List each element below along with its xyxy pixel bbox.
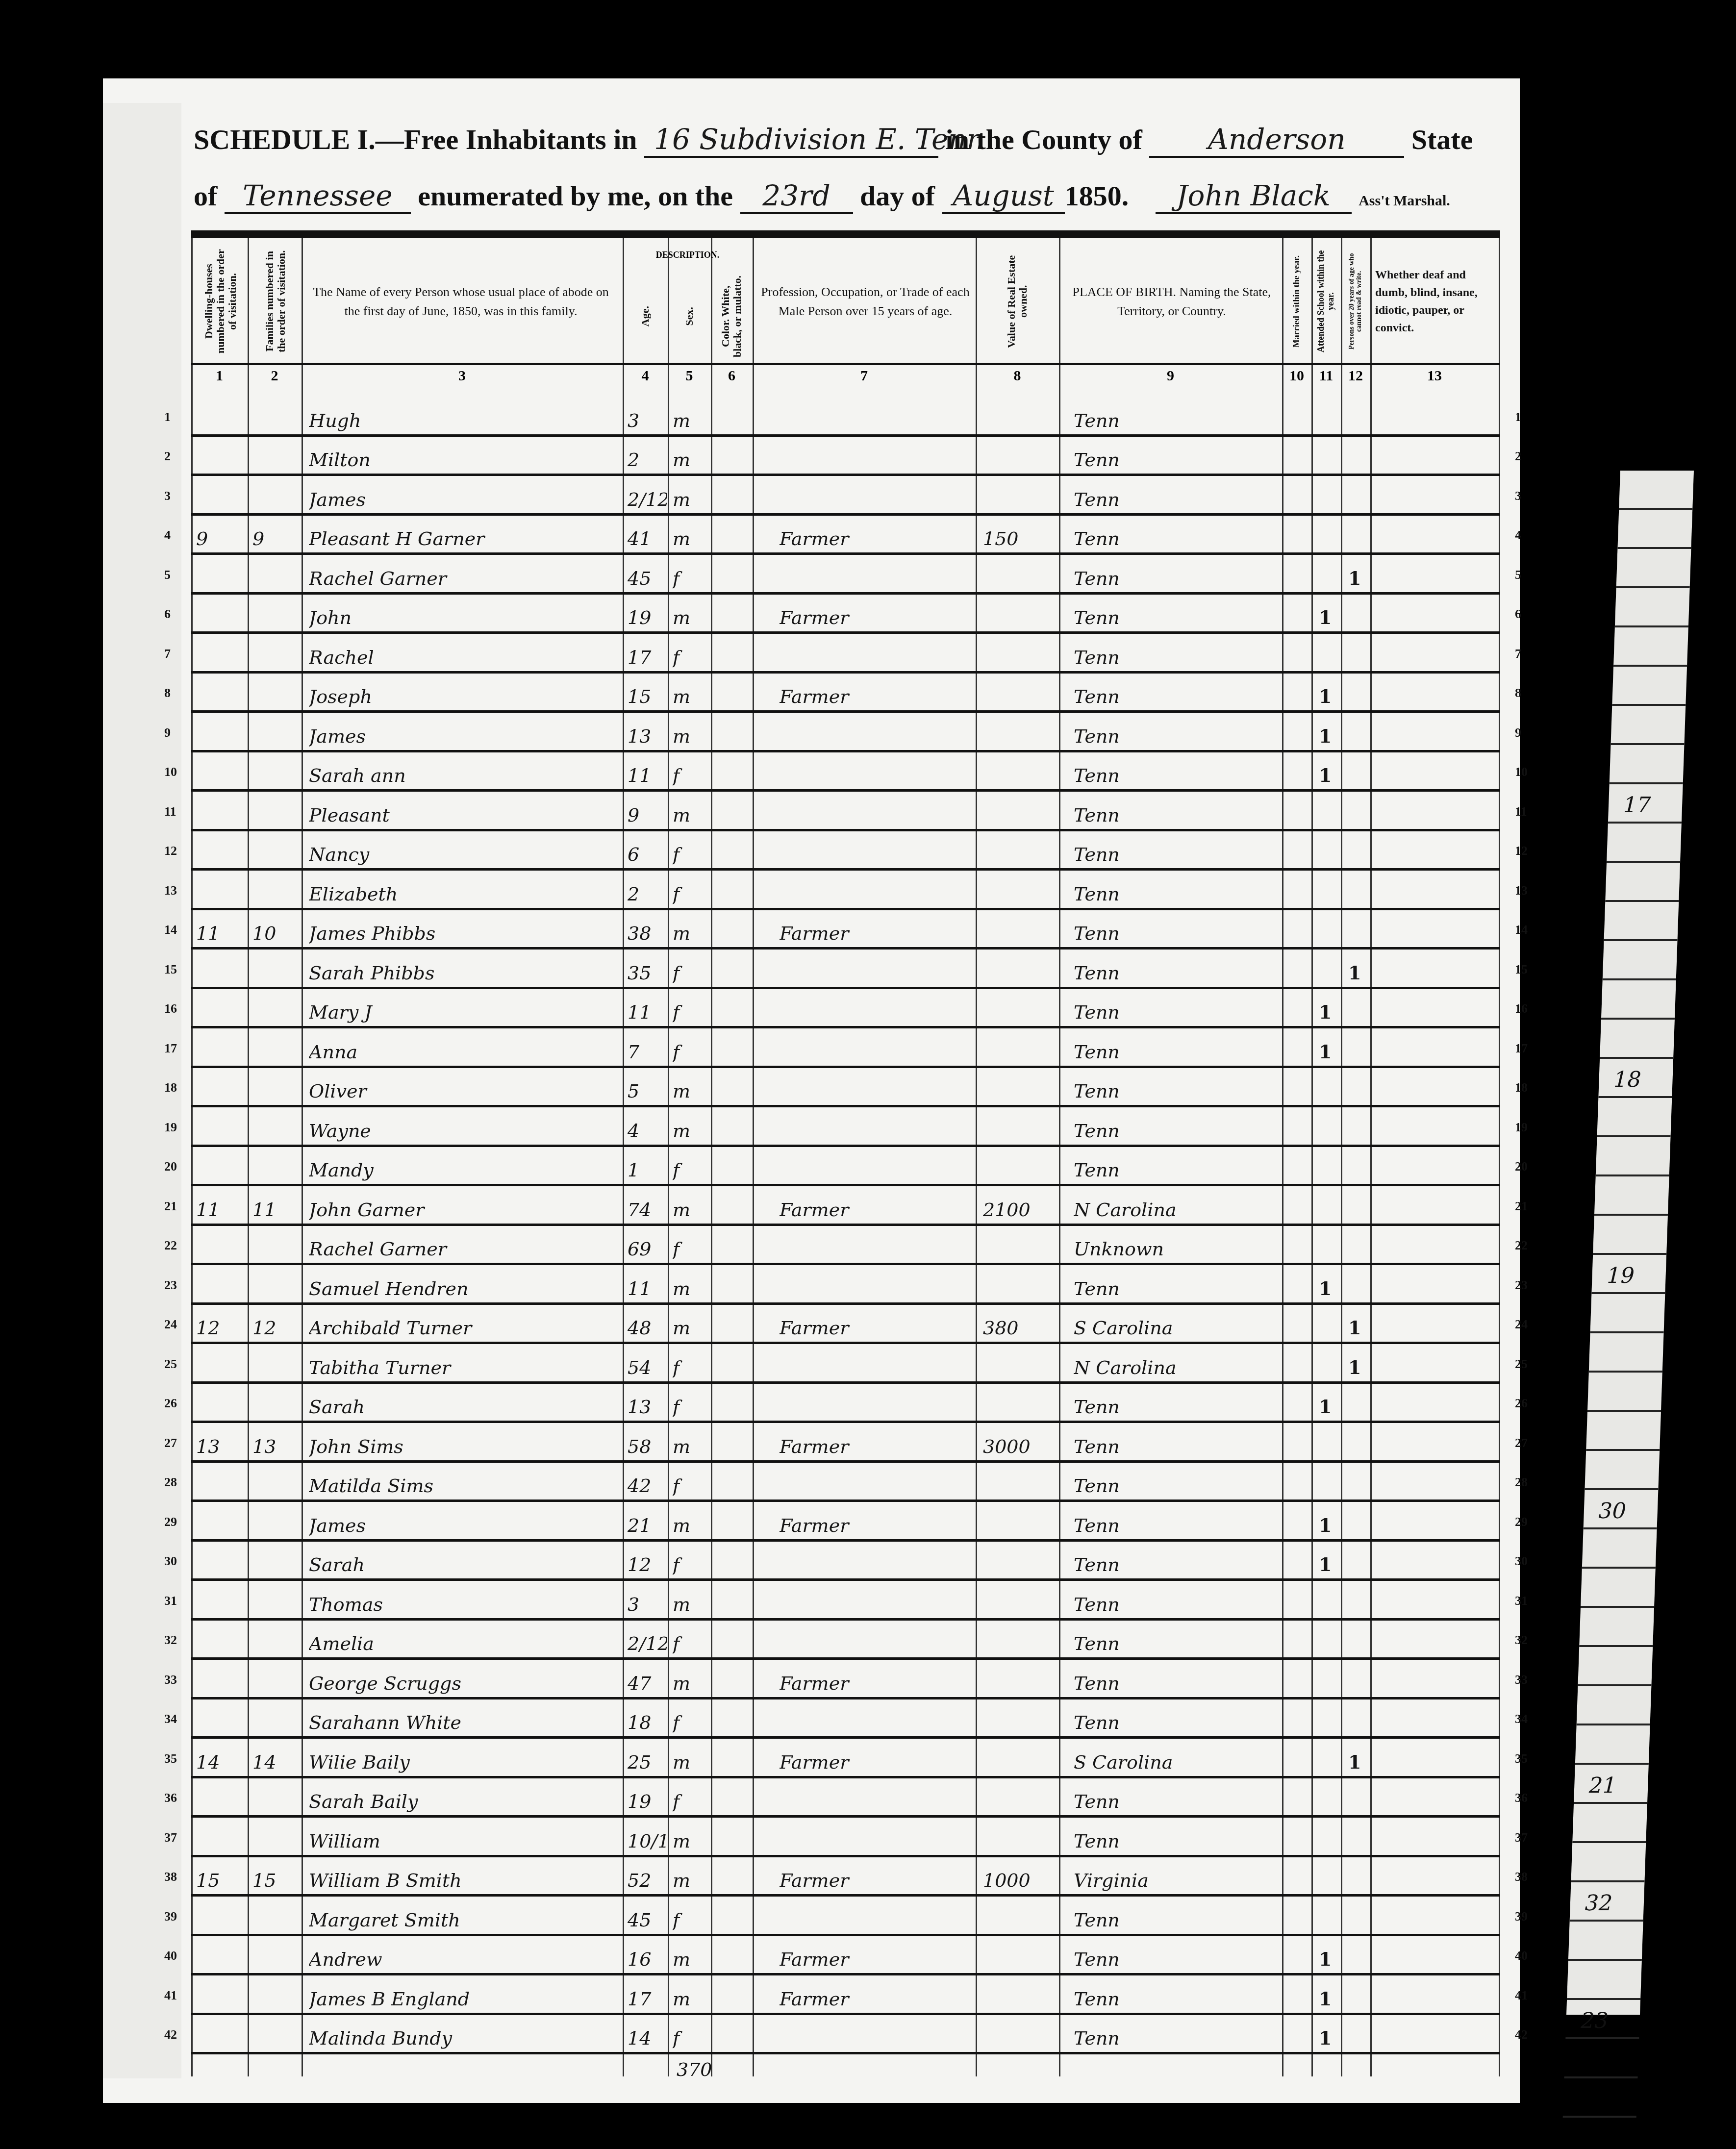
birthplace: Tenn (1074, 725, 1280, 747)
birthplace: N Carolina (1074, 1199, 1280, 1221)
age: 42 (628, 1475, 667, 1497)
line-number: 15 (164, 962, 177, 977)
occupation: Farmer (780, 1949, 971, 1970)
sex: f (673, 1712, 709, 1733)
sex: m (673, 449, 709, 471)
sex: f (673, 647, 709, 668)
dwelling-number: 11 (196, 923, 245, 944)
table-top-rule (191, 230, 1500, 238)
table-row: 77Rachel17fTenn (191, 634, 1500, 674)
day-field: 23rd (740, 179, 853, 214)
age: 4 (628, 1120, 667, 1142)
school-mark: 1 (1319, 764, 1338, 786)
age: 9 (628, 804, 667, 826)
adjacent-row (1577, 1686, 1652, 1725)
sex: f (673, 1909, 709, 1931)
schedule-header-line-2: of Tennessee enumerated by me, on the 23… (194, 179, 1450, 214)
line-number: 13 (164, 883, 177, 898)
line-number-right: 14 (1515, 923, 1528, 937)
adjacent-row (1590, 1294, 1665, 1333)
age: 74 (628, 1199, 667, 1221)
illiterate-mark: 1 (1348, 567, 1368, 589)
table-row: 3434Sarahann White18fTenn (191, 1699, 1500, 1739)
adjacent-row (1612, 667, 1687, 706)
adjacent-tally: 23 (1581, 2008, 1609, 2033)
adjacent-row (1619, 471, 1694, 510)
sex: f (673, 568, 709, 589)
age: 10/12 (628, 1830, 667, 1852)
birthplace: Tenn (1074, 410, 1280, 431)
table-row: 1616Mary J11fTenn1 (191, 989, 1500, 1029)
line-number-right: 36 (1515, 1791, 1528, 1805)
person-name: William B Smith (309, 1870, 618, 1891)
family-number: 13 (252, 1436, 299, 1457)
line-number-right: 5 (1515, 568, 1521, 582)
table-row: 2626Sarah13fTenn1 (191, 1384, 1500, 1424)
person-name: Thomas (309, 1594, 618, 1615)
person-name: Rachel (309, 647, 618, 668)
age: 15 (628, 686, 667, 707)
occupation: Farmer (780, 923, 971, 944)
line-number: 24 (164, 1317, 177, 1332)
person-name: George Scruggs (309, 1673, 618, 1694)
age: 48 (628, 1317, 667, 1339)
table-row: 33James2/12mTenn (191, 476, 1500, 516)
line-number: 14 (164, 923, 177, 937)
adjacent-row (1567, 1961, 1642, 2000)
adjacent-row (1616, 549, 1691, 588)
line-number: 32 (164, 1633, 177, 1648)
family-number: 15 (252, 1870, 299, 1891)
birthplace: Tenn (1074, 804, 1280, 826)
sex: f (673, 2027, 709, 2049)
day-of-label: day of (860, 180, 935, 212)
line-number-right: 1 (1515, 410, 1521, 425)
occupation: Farmer (780, 528, 971, 550)
table-row: 1818Oliver5mTenn (191, 1068, 1500, 1108)
birthplace: Tenn (1074, 1515, 1280, 1536)
birthplace: Tenn (1074, 1633, 1280, 1654)
person-name: Elizabeth (309, 883, 618, 905)
line-number: 41 (164, 1988, 177, 2003)
dwelling-number: 13 (196, 1436, 245, 1457)
year-label: 1850. (1065, 180, 1129, 212)
birthplace: Unknown (1074, 1238, 1280, 1260)
line-number: 37 (164, 1830, 177, 1845)
sex: m (673, 725, 709, 747)
line-number-right: 9 (1515, 725, 1521, 740)
schedule-title: SCHEDULE I.—Free Inhabitants in (194, 124, 637, 155)
person-name: Mary J (309, 1001, 618, 1023)
birthplace: Tenn (1074, 528, 1280, 550)
line-number-right: 35 (1515, 1751, 1528, 1766)
line-number: 7 (164, 647, 171, 661)
adjacent-row (1613, 627, 1688, 667)
age: 18 (628, 1712, 667, 1733)
birthplace: Tenn (1074, 1594, 1280, 1615)
age: 45 (628, 568, 667, 589)
age: 19 (628, 607, 667, 628)
table-row: 21211111John Garner74mFarmer2100N Caroli… (191, 1186, 1500, 1226)
birthplace: Virginia (1074, 1870, 1280, 1891)
school-mark: 1 (1319, 1514, 1338, 1536)
adjacent-row: 23 (1565, 2000, 1640, 2039)
adjacent-row (1589, 1333, 1664, 1373)
adjacent-row (1586, 1412, 1661, 1451)
family-number: 12 (252, 1317, 299, 1339)
age: 2 (628, 449, 667, 471)
family-number: 10 (252, 923, 299, 944)
header-family: Families numbered in the order of visita… (250, 245, 302, 358)
adjacent-row (1587, 1373, 1662, 1412)
age: 38 (628, 923, 667, 944)
birthplace: Tenn (1074, 1909, 1280, 1931)
person-name: Joseph (309, 686, 618, 707)
birthplace: Tenn (1074, 1712, 1280, 1733)
table-row: 3131Thomas3mTenn (191, 1581, 1500, 1621)
header-description: DESCRIPTION. (623, 250, 753, 260)
table-row: 2222Rachel Garner69fUnknown (191, 1226, 1500, 1266)
sex: f (673, 1159, 709, 1181)
person-name: Samuel Hendren (309, 1278, 618, 1299)
age: 11 (628, 765, 667, 786)
person-name: Malinda Bundy (309, 2027, 618, 2049)
adjacent-row (1610, 706, 1686, 745)
person-name: Anna (309, 1041, 618, 1063)
line-number-right: 41 (1515, 1988, 1528, 2003)
person-name: Archibald Turner (309, 1317, 618, 1339)
sex: f (673, 1396, 709, 1418)
line-number: 35 (164, 1751, 177, 1766)
family-number: 9 (252, 528, 299, 550)
table-row: 1111Pleasant9mTenn (191, 792, 1500, 831)
school-mark: 1 (1319, 725, 1338, 747)
table-row: 3737William10/12mTenn (191, 1818, 1500, 1857)
sex: m (673, 923, 709, 944)
sex: m (673, 607, 709, 628)
census-rows: 11Hugh3mTenn22Milton2mTenn33James2/12mTe… (191, 397, 1500, 2054)
person-name: Matilda Sims (309, 1475, 618, 1497)
line-number: 20 (164, 1159, 177, 1174)
person-name: William (309, 1830, 618, 1852)
line-number-right: 6 (1515, 607, 1521, 622)
birthplace: Tenn (1074, 489, 1280, 510)
sex: f (673, 962, 709, 984)
adjacent-row (1578, 1647, 1653, 1686)
line-number-right: 38 (1515, 1870, 1528, 1884)
person-name: Sarah (309, 1554, 618, 1575)
footer-mark: 370 (677, 2059, 712, 2080)
age: 5 (628, 1080, 667, 1102)
header-illiterate: Persons over 20 years of age who cannot … (1341, 245, 1370, 358)
line-number-right: 10 (1515, 765, 1528, 779)
line-number: 22 (164, 1238, 177, 1253)
illiterate-mark: 1 (1348, 1356, 1368, 1378)
line-number-right: 3 (1515, 489, 1521, 503)
adjacent-tally: 32 (1585, 1891, 1613, 1916)
line-number-right: 30 (1515, 1554, 1528, 1569)
sex: f (673, 1633, 709, 1654)
adjacent-row (1610, 745, 1685, 784)
age: 47 (628, 1673, 667, 1694)
adjacent-row (1572, 1804, 1647, 1843)
birthplace: Tenn (1074, 962, 1280, 984)
school-mark: 1 (1319, 685, 1338, 707)
line-number-right: 19 (1515, 1120, 1528, 1135)
line-number: 6 (164, 607, 171, 622)
school-mark: 1 (1319, 1277, 1338, 1299)
adjacent-row (1603, 941, 1678, 980)
enumerated-label: enumerated by me, on the (418, 180, 733, 212)
adjacent-row (1607, 824, 1682, 863)
table-row: 4141James B England17mFarmerTenn1 (191, 1975, 1500, 2015)
line-number-right: 37 (1515, 1830, 1528, 1845)
birthplace: Tenn (1074, 1278, 1280, 1299)
table-row: 22Milton2mTenn (191, 437, 1500, 476)
line-number-right: 11 (1515, 804, 1527, 819)
school-mark: 1 (1319, 1948, 1338, 1970)
adjacent-tally: 18 (1613, 1067, 1642, 1092)
person-name: Rachel Garner (309, 1238, 618, 1260)
adjacent-row (1581, 1569, 1656, 1608)
adjacent-row (1594, 1176, 1669, 1216)
line-number: 4 (164, 528, 171, 543)
schedule-header-line-1: SCHEDULE I.—Free Inhabitants in 16 Subdi… (194, 123, 1473, 158)
adjacent-row (1568, 1922, 1643, 1961)
sex: m (673, 1870, 709, 1891)
adjacent-row (1585, 1451, 1660, 1490)
line-number: 25 (164, 1357, 177, 1372)
sex: f (673, 1554, 709, 1575)
line-number-right: 15 (1515, 962, 1528, 977)
sex: m (673, 410, 709, 431)
table-row: 38381515William B Smith52mFarmer1000Virg… (191, 1857, 1500, 1897)
age: 14 (628, 2027, 667, 2049)
person-name: James Phibbs (309, 923, 618, 944)
adjacent-row (1617, 510, 1692, 549)
line-number: 40 (164, 1949, 177, 1963)
dwelling-number: 15 (196, 1870, 245, 1891)
birthplace: Tenn (1074, 647, 1280, 668)
line-number-right: 28 (1515, 1475, 1528, 1490)
dwelling-number: 9 (196, 528, 245, 550)
adjacent-row: 17 (1608, 784, 1683, 824)
sex: m (673, 1988, 709, 2010)
sex: f (673, 1001, 709, 1023)
adjacent-row (1563, 2078, 1638, 2118)
birthplace: Tenn (1074, 449, 1280, 471)
table-row: 4242Malinda Bundy14fTenn1 (191, 2015, 1500, 2055)
person-name: John Sims (309, 1436, 618, 1457)
birthplace: Tenn (1074, 1988, 1280, 2010)
header-sex: Sex. (668, 275, 711, 358)
sex: f (673, 1238, 709, 1260)
sex: m (673, 686, 709, 707)
table-row: 2525Tabitha Turner54fN Carolina1 (191, 1344, 1500, 1384)
illiterate-mark: 1 (1348, 962, 1368, 984)
line-number-right: 26 (1515, 1396, 1528, 1411)
sex: m (673, 489, 709, 510)
line-number-right: 2 (1515, 449, 1521, 464)
person-name: James (309, 1515, 618, 1536)
marshal-label: Ass't Marshal. (1359, 193, 1450, 209)
birthplace: Tenn (1074, 923, 1280, 944)
header-color: Color. White, black, or mulatto. (711, 275, 753, 358)
school-mark: 1 (1319, 2027, 1338, 2049)
age: 52 (628, 1870, 667, 1891)
person-name: Oliver (309, 1080, 618, 1102)
person-name: Tabitha Turner (309, 1357, 618, 1378)
table-row: 3636Sarah Baily19fTenn (191, 1778, 1500, 1818)
sex: m (673, 1080, 709, 1102)
sex: f (673, 883, 709, 905)
header-bottom-rule (191, 363, 1500, 365)
birthplace: Tenn (1074, 2027, 1280, 2049)
of-label: of (194, 180, 217, 212)
occupation: Farmer (780, 1751, 971, 1773)
table-row: 2828Matilda Sims42fTenn (191, 1463, 1500, 1502)
adjacent-tally: 17 (1623, 793, 1651, 818)
person-name: Mandy (309, 1159, 618, 1181)
line-number: 19 (164, 1120, 177, 1135)
table-row: 3939Margaret Smith45fTenn (191, 1897, 1500, 1936)
birthplace: S Carolina (1074, 1317, 1280, 1339)
age: 13 (628, 1396, 667, 1418)
table-row: 1010Sarah ann11fTenn1 (191, 752, 1500, 792)
sex: f (673, 1041, 709, 1063)
illiterate-mark: 1 (1348, 1317, 1368, 1339)
table-row: 1919Wayne4mTenn (191, 1107, 1500, 1147)
person-name: John Garner (309, 1199, 618, 1221)
adjacent-row (1593, 1216, 1668, 1255)
dwelling-number: 11 (196, 1199, 245, 1221)
birthplace: Tenn (1074, 883, 1280, 905)
adjacent-tally: 21 (1588, 1773, 1617, 1798)
line-number-right: 8 (1515, 686, 1521, 700)
table-row: 4499Pleasant H Garner41mFarmer150Tenn (191, 516, 1500, 555)
person-name: Amelia (309, 1633, 618, 1654)
age: 35 (628, 962, 667, 984)
occupation: Farmer (780, 1436, 971, 1457)
birthplace: Tenn (1074, 607, 1280, 628)
adjacent-row (1575, 1725, 1650, 1765)
marshal-name-field: John Black (1156, 179, 1352, 214)
birthplace: Tenn (1074, 1436, 1280, 1457)
line-number-right: 13 (1515, 883, 1528, 898)
sex: m (673, 1673, 709, 1694)
table-row: 24241212Archibald Turner48mFarmer380S Ca… (191, 1305, 1500, 1345)
birthplace: Tenn (1074, 1554, 1280, 1575)
age: 2/12 (628, 489, 667, 510)
age: 69 (628, 1238, 667, 1260)
state-label: State (1411, 124, 1473, 155)
birthplace: Tenn (1074, 1001, 1280, 1023)
adjacent-row (1597, 1098, 1672, 1137)
column-numbers: 1 2 3 4 5 6 7 8 9 10 11 12 13 (191, 368, 1500, 392)
age: 3 (628, 410, 667, 431)
occupation: Farmer (780, 1199, 971, 1221)
birthplace: Tenn (1074, 568, 1280, 589)
age: 19 (628, 1791, 667, 1812)
header-birthplace: PLACE OF BIRTH. Naming the State, Territ… (1069, 245, 1275, 358)
month-field: August (942, 179, 1065, 214)
adjacent-row: 19 (1591, 1255, 1666, 1294)
adjacent-row (1582, 1529, 1657, 1569)
sex: f (673, 1475, 709, 1497)
table-row: 4040Andrew16mFarmerTenn1 (191, 1936, 1500, 1976)
birthplace: Tenn (1074, 1159, 1280, 1181)
table-row: 55Rachel Garner45fTenn1 (191, 555, 1500, 595)
sex: m (673, 1436, 709, 1457)
person-name: Sarah Phibbs (309, 962, 618, 984)
school-mark: 1 (1319, 1396, 1338, 1418)
header-occupation: Profession, Occupation, or Trade of each… (760, 245, 971, 358)
sex: f (673, 1357, 709, 1378)
adjacent-row (1579, 1608, 1654, 1647)
line-number-right: 16 (1515, 1001, 1528, 1016)
line-number: 17 (164, 1041, 177, 1056)
person-name: John (309, 607, 618, 628)
line-number-right: 18 (1515, 1080, 1528, 1095)
table-row: 14141110James Phibbs38mFarmerTenn (191, 910, 1500, 950)
age: 45 (628, 1909, 667, 1931)
line-number-right: 21 (1515, 1199, 1528, 1214)
occupation: Farmer (780, 686, 971, 707)
line-number: 38 (164, 1870, 177, 1884)
adjacent-row (1571, 1843, 1646, 1882)
line-number: 27 (164, 1436, 177, 1450)
header-school: Attended School within the year. (1311, 245, 1341, 358)
adjacent-row: 30 (1584, 1490, 1659, 1529)
line-number-right: 7 (1515, 647, 1521, 661)
sex: m (673, 1830, 709, 1852)
school-mark: 1 (1319, 1001, 1338, 1023)
table-row: 99James13mTenn1 (191, 713, 1500, 752)
table-row: 1717Anna7fTenn1 (191, 1028, 1500, 1068)
header-condition: Whether deaf and dumb, blind, insane, id… (1375, 245, 1495, 358)
occupation: Farmer (780, 1988, 971, 2010)
table-row: 3232Amelia2/12fTenn (191, 1621, 1500, 1660)
line-number: 16 (164, 1001, 177, 1016)
adjacent-row (1596, 1137, 1671, 1176)
person-name: Hugh (309, 410, 618, 431)
person-name: Wilie Baily (309, 1751, 618, 1773)
real-estate-value: 2100 (983, 1199, 1057, 1221)
sex: m (673, 1515, 709, 1536)
line-number-right: 29 (1515, 1515, 1528, 1529)
real-estate-value: 3000 (983, 1436, 1057, 1457)
age: 17 (628, 647, 667, 668)
line-number-right: 23 (1515, 1278, 1528, 1293)
table-row: 1515Sarah Phibbs35fTenn1 (191, 950, 1500, 989)
adjacent-tally: 19 (1607, 1263, 1635, 1288)
line-number-right: 22 (1515, 1238, 1528, 1253)
birthplace: Tenn (1074, 686, 1280, 707)
adjacent-row: 21 (1574, 1765, 1649, 1804)
adjacent-row (1600, 1020, 1675, 1059)
line-number: 11 (164, 804, 176, 819)
line-number: 36 (164, 1791, 177, 1805)
birthplace: Tenn (1074, 1120, 1280, 1142)
line-number-right: 33 (1515, 1673, 1528, 1687)
person-name: Milton (309, 449, 618, 471)
line-number: 31 (164, 1594, 177, 1608)
school-mark: 1 (1319, 1988, 1338, 2010)
table-row: 2929James21mFarmerTenn1 (191, 1502, 1500, 1542)
person-name: James (309, 725, 618, 747)
line-number: 39 (164, 1909, 177, 1924)
county-field: Anderson (1149, 123, 1404, 158)
